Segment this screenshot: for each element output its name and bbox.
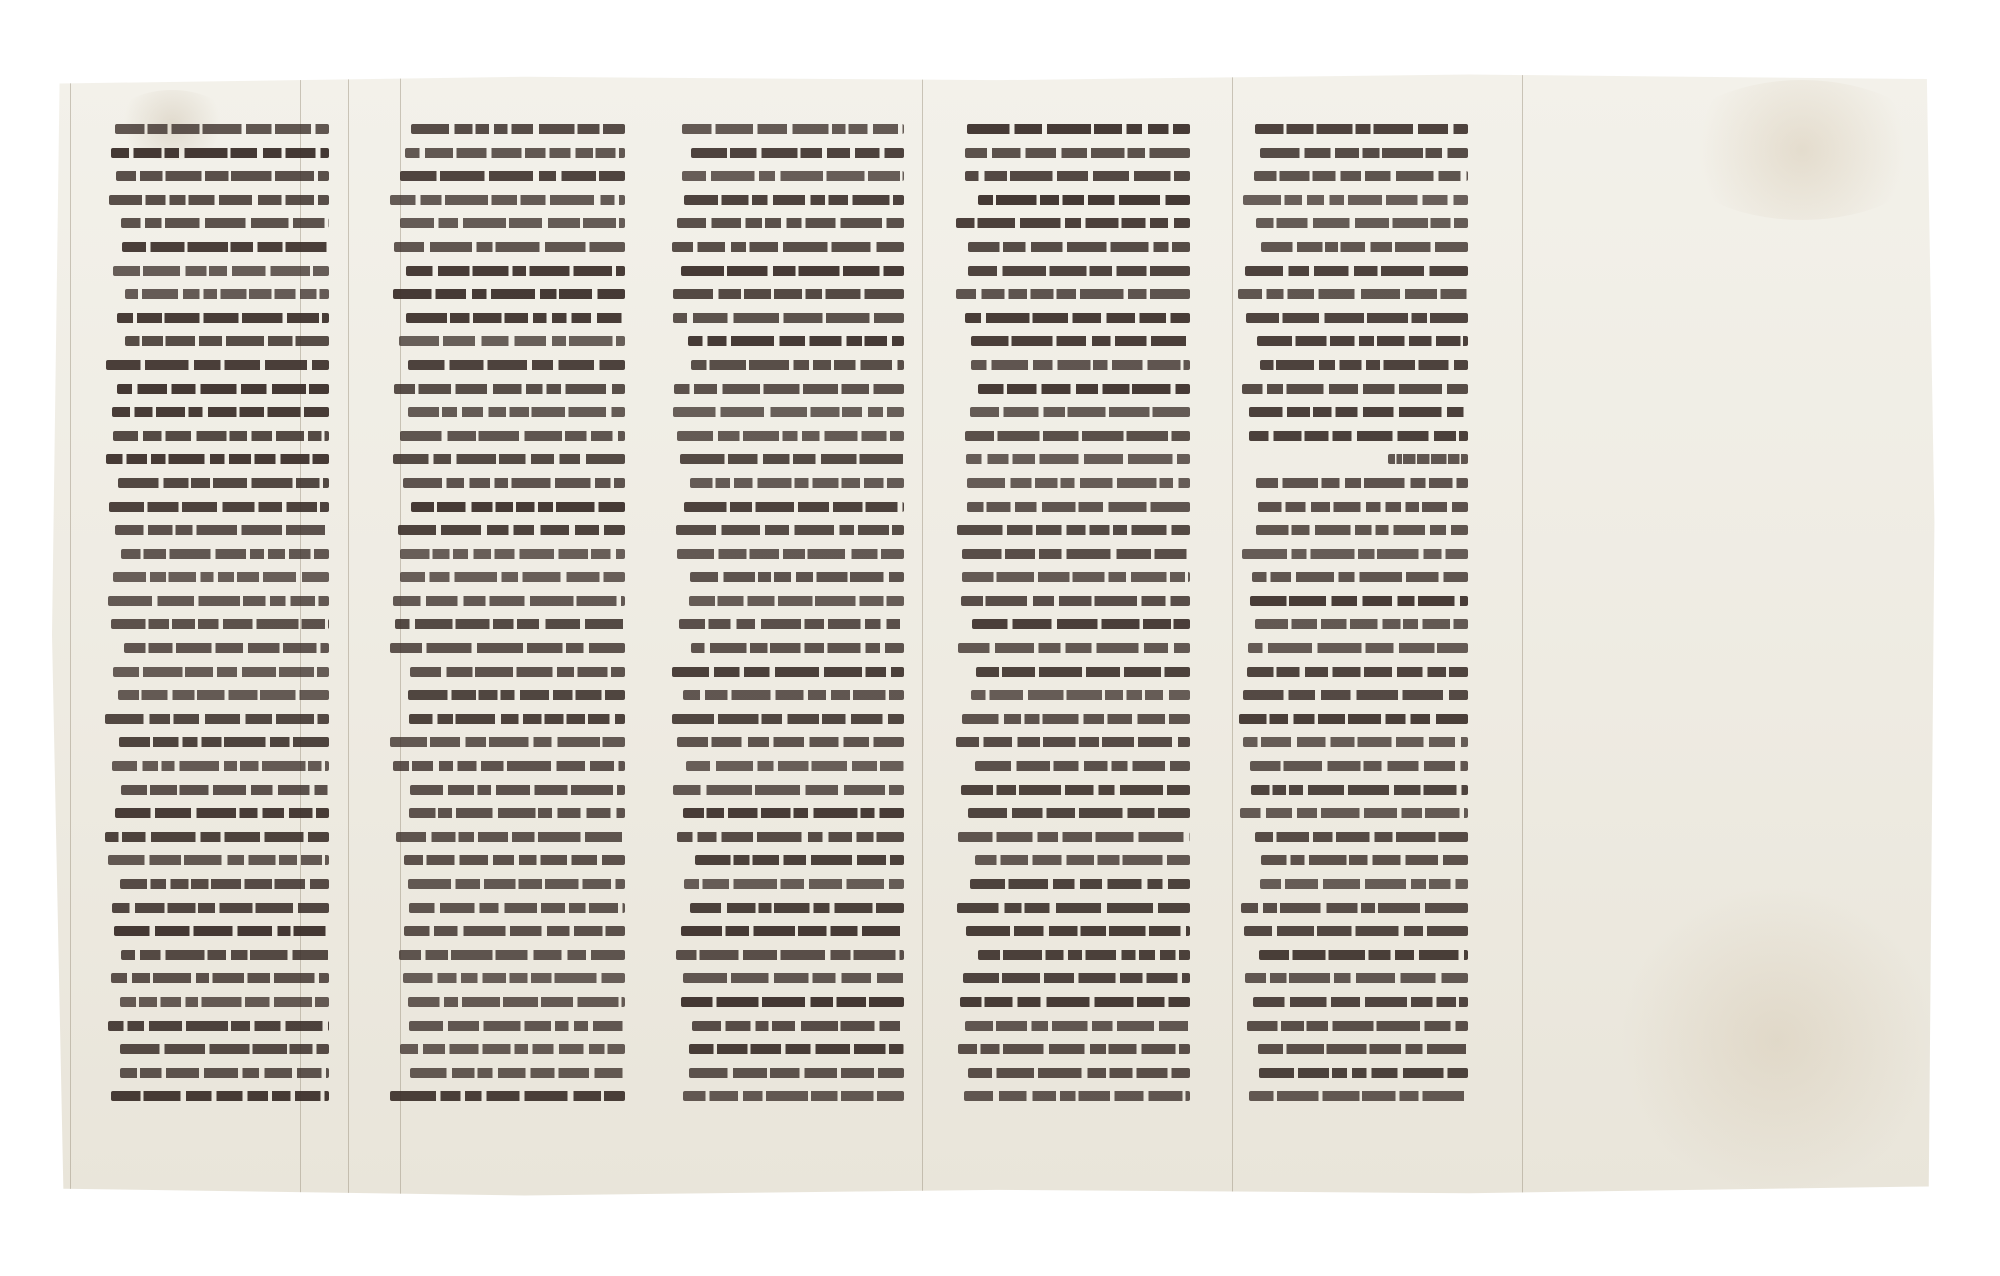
text-line [1260,879,1468,889]
text-line [978,195,1190,205]
text-line [111,148,329,158]
text-line [408,407,625,417]
text-line [398,525,625,535]
text-line [1260,360,1468,370]
text-line [690,572,904,582]
text-line [958,832,1190,842]
text-line [683,808,904,818]
text-line [115,124,329,134]
text-line [1248,643,1468,653]
text-line [409,714,625,724]
text-line [684,195,904,205]
text-line [395,619,625,629]
text-line [120,997,329,1007]
text-line [109,195,329,205]
text-line [410,1068,625,1078]
text-line [962,549,1190,559]
text-line [689,596,904,606]
text-line [966,926,1190,936]
text-line [1250,761,1468,771]
text-line [1261,242,1468,252]
text-line [393,761,625,771]
text-line [968,242,1190,252]
text-line [672,714,904,724]
text-line [683,1091,904,1101]
text-line [106,360,329,370]
text-line [680,454,904,464]
text-column-3 [672,124,904,1115]
text-line [967,502,1190,512]
text-line [400,218,625,228]
text-line [408,690,625,700]
text-line [1243,690,1468,700]
text-line [1256,478,1468,488]
text-line [964,1091,1190,1101]
text-line [690,903,904,913]
text-line [117,313,329,323]
text-line [679,619,904,629]
text-line [1245,973,1468,983]
text-line [976,667,1190,677]
text-line [1245,266,1468,276]
text-line [1258,1044,1468,1054]
text-line [961,785,1190,795]
ruling-line [348,70,349,1200]
text-line [673,289,904,299]
text-line [695,855,904,865]
text-line [970,407,1190,417]
text-line [111,973,329,983]
text-line [1388,454,1469,464]
text-line [400,171,625,181]
text-line [409,1021,625,1031]
text-column-1 [104,124,329,1115]
text-line [677,737,904,747]
text-line [970,879,1190,889]
text-line [966,454,1190,464]
text-line [109,502,329,512]
text-line [409,808,625,818]
text-line [408,360,625,370]
text-line [971,336,1190,346]
text-line [112,903,329,913]
text-line [1242,549,1468,559]
text-line [1249,431,1468,441]
text-line [957,903,1190,913]
text-line [111,619,329,629]
text-line [677,832,904,842]
text-line [112,761,329,771]
text-line [406,266,625,276]
text-line [968,1068,1190,1078]
text-line [683,690,904,700]
text-line [125,336,329,346]
text-line [978,384,1190,394]
text-line [692,1021,904,1031]
text-line [956,289,1190,299]
text-line [408,997,625,1007]
text-line [118,690,329,700]
text-line [116,171,329,181]
text-line [400,431,625,441]
text-line [113,667,329,677]
ruling-line [1232,70,1233,1200]
text-line [971,360,1190,370]
text-line [1256,218,1468,228]
text-line [405,148,625,158]
text-column-2 [388,124,625,1115]
text-line [108,1021,329,1031]
text-line [672,242,904,252]
text-line [1255,832,1468,842]
text-line [1242,384,1468,394]
text-line [1240,808,1468,818]
text-line [393,596,625,606]
text-line [1250,596,1468,606]
text-line [1251,785,1468,795]
text-line [691,643,904,653]
text-line [1261,855,1468,865]
text-line [683,973,904,983]
text-line [674,384,904,394]
text-line [120,1068,329,1078]
text-line [1249,1091,1468,1101]
stain-bottom-right [1612,890,1942,1190]
text-line [403,478,625,488]
text-line [975,855,1190,865]
text-line [961,596,1190,606]
text-line [1243,737,1468,747]
text-line [393,289,625,299]
text-line [689,1044,904,1054]
text-line [411,502,625,512]
text-line [390,1091,625,1101]
text-line [410,667,625,677]
text-line [1257,336,1468,346]
text-line [1253,997,1468,1007]
text-line [113,431,329,441]
text-line [1256,525,1468,535]
text-line [681,266,904,276]
ruling-line [1522,70,1523,1200]
text-line [1254,171,1468,181]
text-line [406,313,625,323]
text-line [117,384,329,394]
ruling-line [70,70,71,1200]
text-line [390,737,625,747]
text-line [956,737,1190,747]
text-line [1243,195,1468,205]
stain-top-right [1672,80,1932,220]
text-line [1252,572,1468,582]
text-line [408,879,625,889]
text-line [390,195,625,205]
text-line [978,950,1190,960]
text-line [673,313,904,323]
ruling-line [922,70,923,1200]
text-line [956,218,1190,228]
text-line [1255,619,1468,629]
text-line [121,549,329,559]
text-line [682,171,904,181]
text-line [676,525,904,535]
text-line [957,525,1190,535]
text-line [968,266,1190,276]
text-line [676,950,904,960]
text-line [677,549,904,559]
text-line [394,242,625,252]
text-line [962,714,1190,724]
text-line [400,549,625,559]
text-line [1244,926,1468,936]
text-column-4 [955,124,1190,1115]
text-line [108,596,329,606]
text-line [113,572,329,582]
text-line [108,855,329,865]
text-line [399,336,625,346]
text-line [963,973,1190,983]
text-line [975,761,1190,771]
text-line [404,926,625,936]
text-line [119,737,329,747]
text-line [121,785,329,795]
text-line [1259,950,1468,960]
text-line [1258,502,1468,512]
text-line [972,619,1190,629]
text-line [677,218,904,228]
text-line [1238,289,1468,299]
text-line [393,454,625,464]
text-line [410,785,625,795]
text-line [1239,714,1468,724]
text-line [105,832,329,842]
text-line [125,289,329,299]
text-line [958,1044,1190,1054]
text-line [114,926,329,936]
text-line [965,313,1190,323]
text-line [682,124,904,134]
text-line [121,950,329,960]
text-line [1241,903,1468,913]
text-line [390,643,625,653]
text-line [115,525,329,535]
text-line [684,502,904,512]
text-line [965,1021,1190,1031]
text-line [113,266,329,276]
text-line [688,336,904,346]
text-column-5 [1238,124,1468,1115]
text-line [112,407,329,417]
text-line [691,148,904,158]
text-line [1247,667,1468,677]
text-line [124,643,329,653]
text-line [960,997,1190,1007]
text-line [673,785,904,795]
text-line [1259,1068,1468,1078]
text-line [958,643,1190,653]
text-line [965,148,1190,158]
text-line [400,1044,625,1054]
text-line [686,761,904,771]
text-line [409,903,625,913]
text-line [106,454,329,464]
text-line [105,714,329,724]
text-line [403,973,625,983]
text-line [681,926,904,936]
text-line [115,808,329,818]
text-line [1249,407,1468,417]
text-line [673,407,904,417]
text-line [1255,124,1468,134]
text-line [121,218,329,228]
text-line [965,171,1190,181]
text-line [122,242,329,252]
text-line [111,1091,329,1101]
text-line [689,1068,904,1078]
text-line [120,879,329,889]
text-line [967,478,1190,488]
text-line [411,124,625,134]
text-line [400,572,625,582]
text-line [672,667,904,677]
text-line [1246,313,1468,323]
text-line [677,431,904,441]
text-line [967,124,1190,134]
text-line [968,808,1190,818]
text-line [965,431,1190,441]
text-line [1247,1021,1468,1031]
text-line [962,572,1190,582]
text-line [684,879,904,889]
text-line [404,855,625,865]
text-line [399,950,625,960]
text-line [120,1044,329,1054]
text-line [394,384,625,394]
text-line [690,478,904,488]
text-line [118,478,329,488]
text-line [691,360,904,370]
text-line [681,997,904,1007]
text-line [1260,148,1468,158]
text-line [971,690,1190,700]
text-line [396,832,625,842]
